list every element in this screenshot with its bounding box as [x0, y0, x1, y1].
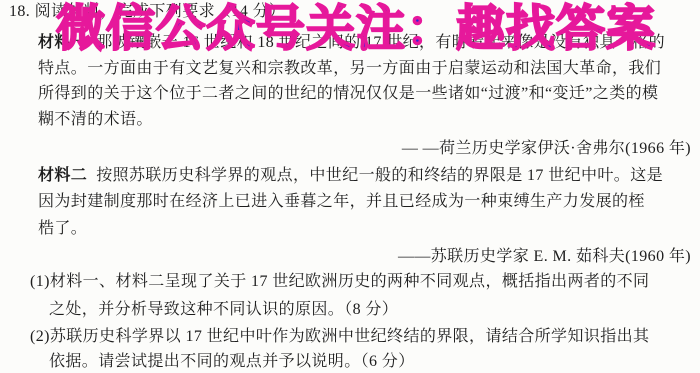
subquestion-1-line-2: 之处，并分析导致这种不同认识的原因。（8 分） [49, 300, 398, 320]
material1-line-3: 所得到的关于这个位于二者之间的世纪的情况仅仅是一些诸如“过渡”和“变迁”之类的模 [38, 84, 658, 104]
material2-line-3: 梏了。 [38, 219, 87, 239]
subquestion-2-line-2: 依据。请尝试提出不同的观点并予以说明。（6 分） [49, 352, 415, 372]
material1-line-4: 糊不清的术语。 [38, 110, 153, 130]
material1-source: — —荷兰历史学家伊沃·舍弗尔(1966 年) [402, 139, 691, 159]
material1-line-2: 特点。一方面由于有文艺复兴和宗教改革，另一方面由于启蒙运动和法国大革命，我们 [38, 59, 661, 79]
subquestion-2-line-1: (2)苏联历史科学界以 17 世纪中叶作为欧洲中世纪终结的界限，请结合所学知识指… [30, 327, 649, 347]
material2-source: ——苏联历史学家 E. M. 茹科夫(1960 年) [398, 247, 691, 267]
material1-text-1: 那被镶嵌于 16 世纪和 18 世纪之间的 17 世纪，有时看起来像是没有独具一… [96, 34, 665, 51]
material2-label: 材料二 [38, 167, 87, 184]
material1-line-1: 材料一那被镶嵌于 16 世纪和 18 世纪之间的 17 世纪，有时看起来像是没有… [38, 33, 665, 53]
question-header: 18. 阅读材料，完成下列要求（14 分） [9, 2, 285, 22]
material2-text-1: 按照苏联历史科学界的观点，中世纪一般的和终结的界限是 17 世纪中叶。这是 [96, 167, 663, 184]
material2-line-1: 材料二按照苏联历史科学界的观点，中世纪一般的和终结的界限是 17 世纪中叶。这是 [38, 166, 663, 186]
exam-page: 18. 阅读材料，完成下列要求（14 分） 材料一那被镶嵌于 16 世纪和 18… [0, 0, 700, 373]
subquestion-1-line-1: (1)材料一、材料二呈现了关于 17 世纪欧洲历史的两种不同观点，概括指出两者的… [30, 272, 649, 292]
material2-line-2: 因为封建制度那时在经济上已进入垂暮之年，并且已经成为一种束缚生产力发展的桎 [38, 192, 645, 212]
material1-label: 材料一 [38, 34, 87, 51]
